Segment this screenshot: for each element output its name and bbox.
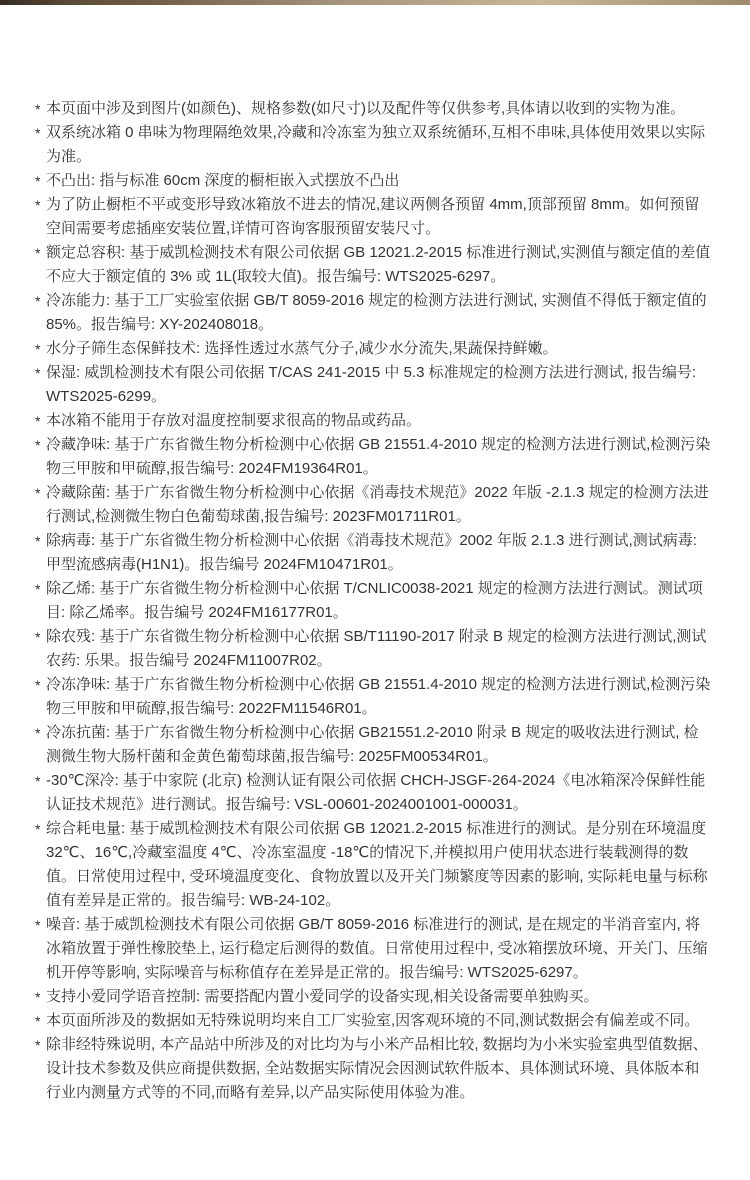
asterisk-bullet: * xyxy=(35,985,40,1009)
asterisk-bullet: * xyxy=(35,481,40,505)
disclaimer-text: 噪音: 基于威凯检测技术有限公司依据 GB/T 8059-2016 标准进行的测… xyxy=(46,916,708,981)
asterisk-bullet: * xyxy=(35,913,40,937)
disclaimer-text: 本页面中涉及到图片(如颜色)、规格参数(如尺寸)以及配件等仅供参考,具体请以收到… xyxy=(46,100,685,117)
asterisk-bullet: * xyxy=(35,97,40,121)
disclaimer-text: 水分子筛生态保鲜技术: 选择性透过水蒸气分子,减少水分流失,果蔬保持鲜嫩。 xyxy=(46,340,558,357)
disclaimer-item: *除病毒: 基于广东省微生物分析检测中心依据《消毒技术规范》2002 年版 2.… xyxy=(35,529,713,577)
asterisk-bullet: * xyxy=(35,625,40,649)
disclaimer-text: 额定总容积: 基于威凯检测技术有限公司依据 GB 12021.2-2015 标准… xyxy=(46,244,710,285)
disclaimer-item: *除非经特殊说明, 本产品站中所涉及的对比均为与小米产品相比较, 数据均为小米实… xyxy=(35,1033,713,1105)
disclaimer-text: 本冰箱不能用于存放对温度控制要求很高的物品或药品。 xyxy=(46,412,421,429)
asterisk-bullet: * xyxy=(35,577,40,601)
disclaimer-item: *-30℃深冷: 基于中家院 (北京) 检测认证有限公司依据 CHCH-JSGF… xyxy=(35,769,713,817)
asterisk-bullet: * xyxy=(35,529,40,553)
disclaimer-list: *本页面中涉及到图片(如颜色)、规格参数(如尺寸)以及配件等仅供参考,具体请以收… xyxy=(35,97,713,1105)
disclaimer-item: *冷冻能力: 基于工厂实验室依据 GB/T 8059-2016 规定的检测方法进… xyxy=(35,289,713,337)
disclaimer-item: *冷藏净味: 基于广东省微生物分析检测中心依据 GB 21551.4-2010 … xyxy=(35,433,713,481)
disclaimer-text: 保湿: 威凯检测技术有限公司依据 T/CAS 241-2015 中 5.3 标准… xyxy=(46,364,696,405)
asterisk-bullet: * xyxy=(35,433,40,457)
disclaimer-item: *冷冻抗菌: 基于广东省微生物分析检测中心依据 GB21551.2-2010 附… xyxy=(35,721,713,769)
disclaimer-text: 冷冻抗菌: 基于广东省微生物分析检测中心依据 GB21551.2-2010 附录… xyxy=(46,724,699,765)
disclaimer-text: 冷藏净味: 基于广东省微生物分析检测中心依据 GB 21551.4-2010 规… xyxy=(46,436,710,477)
disclaimer-section: *本页面中涉及到图片(如颜色)、规格参数(如尺寸)以及配件等仅供参考,具体请以收… xyxy=(0,5,750,1105)
disclaimer-text: 除病毒: 基于广东省微生物分析检测中心依据《消毒技术规范》2002 年版 2.1… xyxy=(46,532,697,573)
disclaimer-item: *除农残: 基于广东省微生物分析检测中心依据 SB/T11190-2017 附录… xyxy=(35,625,713,673)
disclaimer-item: *综合耗电量: 基于威凯检测技术有限公司依据 GB 12021.2-2015 标… xyxy=(35,817,713,913)
disclaimer-item: *冷冻净味: 基于广东省微生物分析检测中心依据 GB 21551.4-2010 … xyxy=(35,673,713,721)
asterisk-bullet: * xyxy=(35,409,40,433)
disclaimer-text: 除农残: 基于广东省微生物分析检测中心依据 SB/T11190-2017 附录 … xyxy=(46,628,706,669)
disclaimer-text: 双系统冰箱 0 串味为物理隔绝效果,冷藏和冷冻室为独立双系统循环,互相不串味,具… xyxy=(46,124,705,165)
disclaimer-item: *双系统冰箱 0 串味为物理隔绝效果,冷藏和冷冻室为独立双系统循环,互相不串味,… xyxy=(35,121,713,169)
disclaimer-text: 冷藏除菌: 基于广东省微生物分析检测中心依据《消毒技术规范》2022 年版 -2… xyxy=(46,484,709,525)
asterisk-bullet: * xyxy=(35,817,40,841)
disclaimer-item: *除乙烯: 基于广东省微生物分析检测中心依据 T/CNLIC0038-2021 … xyxy=(35,577,713,625)
disclaimer-item: *不凸出: 指与标准 60cm 深度的橱柜嵌入式摆放不凸出 xyxy=(35,169,713,193)
asterisk-bullet: * xyxy=(35,289,40,313)
disclaimer-item: *噪音: 基于威凯检测技术有限公司依据 GB/T 8059-2016 标准进行的… xyxy=(35,913,713,985)
disclaimer-text: 冷冻能力: 基于工厂实验室依据 GB/T 8059-2016 规定的检测方法进行… xyxy=(46,292,707,333)
disclaimer-item: *本页面中涉及到图片(如颜色)、规格参数(如尺寸)以及配件等仅供参考,具体请以收… xyxy=(35,97,713,121)
disclaimer-text: 不凸出: 指与标准 60cm 深度的橱柜嵌入式摆放不凸出 xyxy=(46,172,399,189)
disclaimer-text: 除乙烯: 基于广东省微生物分析检测中心依据 T/CNLIC0038-2021 规… xyxy=(46,580,703,621)
asterisk-bullet: * xyxy=(35,673,40,697)
asterisk-bullet: * xyxy=(35,721,40,745)
disclaimer-item: *支持小爱同学语音控制: 需要搭配内置小爱同学的设备实现,相关设备需要单独购买。 xyxy=(35,985,713,1009)
disclaimer-text: 支持小爱同学语音控制: 需要搭配内置小爱同学的设备实现,相关设备需要单独购买。 xyxy=(46,988,599,1005)
disclaimer-text: 除非经特殊说明, 本产品站中所涉及的对比均为与小米产品相比较, 数据均为小米实验… xyxy=(46,1036,708,1101)
disclaimer-text: 为了防止橱柜不平或变形导致冰箱放不进去的情况,建议两侧各预留 4mm,顶部预留 … xyxy=(46,196,699,237)
disclaimer-item: *本冰箱不能用于存放对温度控制要求很高的物品或药品。 xyxy=(35,409,713,433)
disclaimer-item: *为了防止橱柜不平或变形导致冰箱放不进去的情况,建议两侧各预留 4mm,顶部预留… xyxy=(35,193,713,241)
disclaimer-text: 本页面所涉及的数据如无特殊说明均来自工厂实验室,因客观环境的不同,测试数据会有偏… xyxy=(46,1012,699,1029)
disclaimer-text: -30℃深冷: 基于中家院 (北京) 检测认证有限公司依据 CHCH-JSGF-… xyxy=(46,772,705,813)
asterisk-bullet: * xyxy=(35,1009,40,1033)
disclaimer-item: *冷藏除菌: 基于广东省微生物分析检测中心依据《消毒技术规范》2022 年版 -… xyxy=(35,481,713,529)
asterisk-bullet: * xyxy=(35,361,40,385)
disclaimer-text: 冷冻净味: 基于广东省微生物分析检测中心依据 GB 21551.4-2010 规… xyxy=(46,676,710,717)
asterisk-bullet: * xyxy=(35,769,40,793)
asterisk-bullet: * xyxy=(35,121,40,145)
disclaimer-item: *水分子筛生态保鲜技术: 选择性透过水蒸气分子,减少水分流失,果蔬保持鲜嫩。 xyxy=(35,337,713,361)
disclaimer-text: 综合耗电量: 基于威凯检测技术有限公司依据 GB 12021.2-2015 标准… xyxy=(46,820,708,909)
asterisk-bullet: * xyxy=(35,193,40,217)
asterisk-bullet: * xyxy=(35,337,40,361)
asterisk-bullet: * xyxy=(35,1033,40,1057)
asterisk-bullet: * xyxy=(35,241,40,265)
disclaimer-item: *保湿: 威凯检测技术有限公司依据 T/CAS 241-2015 中 5.3 标… xyxy=(35,361,713,409)
disclaimer-item: *额定总容积: 基于威凯检测技术有限公司依据 GB 12021.2-2015 标… xyxy=(35,241,713,289)
disclaimer-item: *本页面所涉及的数据如无特殊说明均来自工厂实验室,因客观环境的不同,测试数据会有… xyxy=(35,1009,713,1033)
asterisk-bullet: * xyxy=(35,169,40,193)
